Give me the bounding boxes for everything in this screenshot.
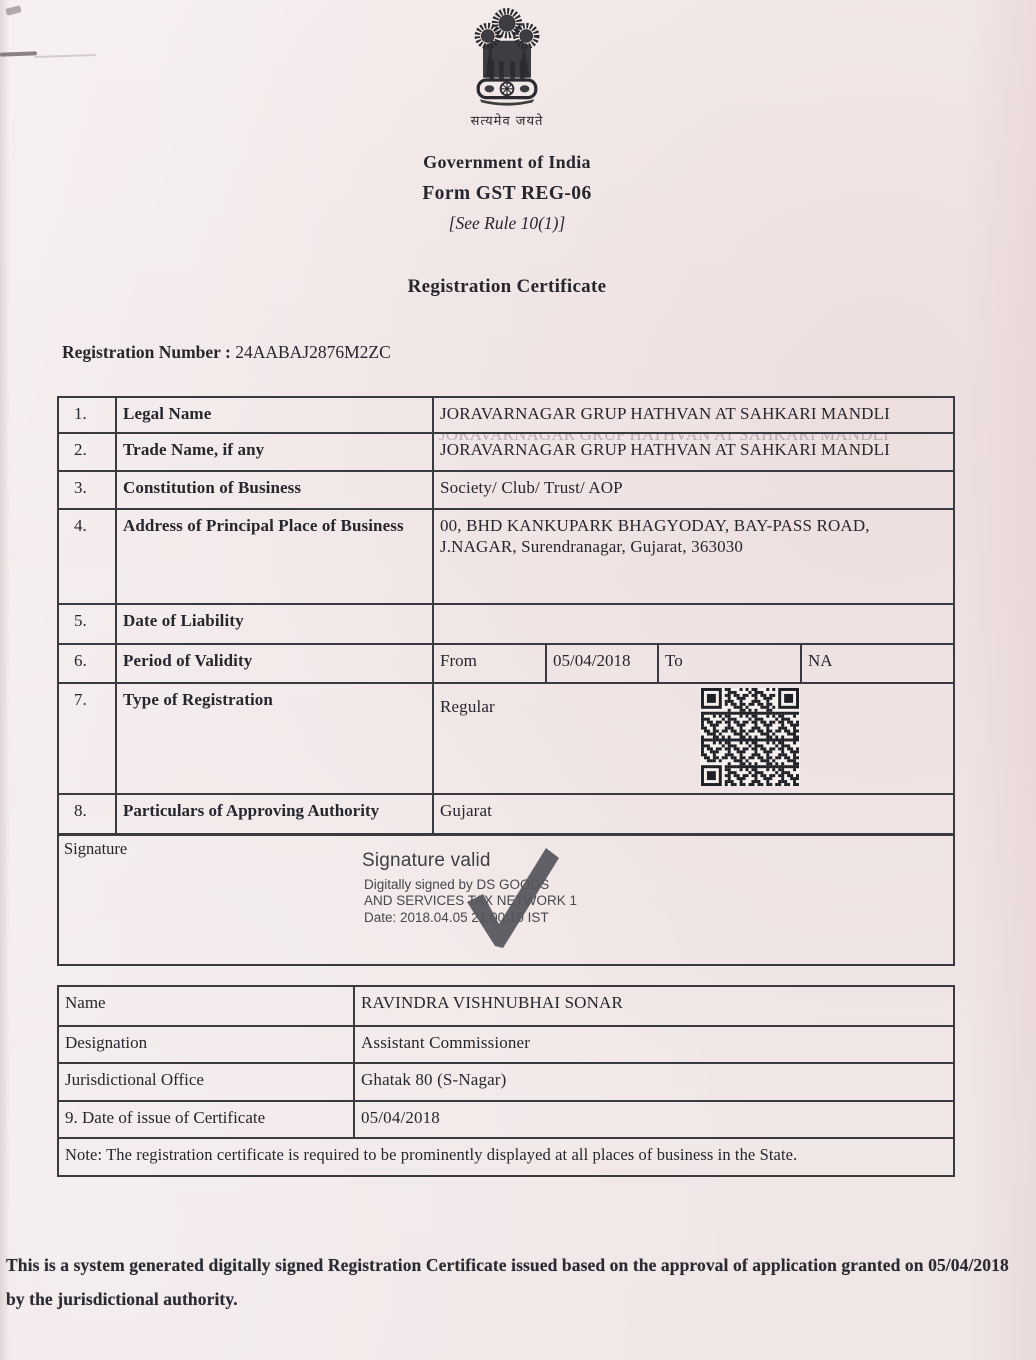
table-row-constitution: 3. Constitution of Business Society/ Clu…	[59, 470, 953, 508]
registration-number-label: Registration Number :	[62, 342, 231, 362]
officer-row-jurisdictional-office: Jurisdictional Office Ghatak 80 (S-Nagar…	[59, 1062, 953, 1100]
table-row-date-of-liability: 5. Date of Liability	[59, 603, 953, 643]
row-label: Period of Validity	[117, 645, 434, 682]
row-number: 7.	[59, 684, 117, 793]
registration-number-value: 24AABAJ2876M2ZC	[235, 342, 391, 362]
row-value: JORAVARNAGAR GRUP HATHVAN AT SAHKARI MAN…	[434, 398, 953, 432]
national-emblem-icon	[459, 4, 555, 108]
signature-checkmark-icon	[449, 844, 564, 954]
government-of-india-heading: Government of India	[0, 152, 1014, 173]
row-label: Type of Registration	[117, 684, 434, 793]
row-label: Address of Principal Place of Business	[117, 510, 434, 603]
document-header: Government of India Form GST REG-06 [See…	[0, 152, 1014, 298]
row-number: 2.	[59, 434, 117, 470]
form-number-heading: Form GST REG-06	[0, 183, 1014, 205]
row-value: Regular	[434, 684, 953, 793]
row-label: Particulars of Approving Authority	[117, 795, 434, 833]
row-value: Ghatak 80 (S-Nagar)	[355, 1064, 953, 1100]
details-table: 1. Legal Name JORAVARNAGAR GRUP HATHVAN …	[57, 396, 955, 835]
row-value: Assistant Commissioner	[355, 1027, 953, 1062]
validity-to-date: NA	[802, 645, 953, 682]
row-number: 8.	[59, 795, 117, 833]
officer-table: Name RAVINDRA VISHNUBHAI SONAR Designati…	[57, 985, 955, 1177]
row-label: Name	[59, 987, 355, 1025]
row-number: 6.	[59, 645, 117, 682]
rule-reference: [See Rule 10(1)]	[0, 213, 1014, 234]
scanned-certificate-page: सत्यमेव जयते Government of India Form GS…	[0, 0, 1036, 1360]
row-value: 00, BHD KANKUPARK BHAGYODAY, BAY-PASS RO…	[434, 510, 953, 603]
table-row-trade-name: 2. Trade Name, if any JORAVARNAGAR GRUP …	[59, 432, 953, 470]
row-label: Trade Name, if any	[117, 434, 434, 470]
row-label: Designation	[59, 1027, 355, 1062]
row-label: Jurisdictional Office	[59, 1064, 355, 1100]
table-row-type-of-registration: 7. Type of Registration Regular	[59, 682, 953, 793]
table-row-address: 4. Address of Principal Place of Busines…	[59, 508, 953, 603]
row-value: Society/ Club/ Trust/ AOP	[434, 472, 953, 508]
validity-from-date: 05/04/2018	[547, 645, 659, 682]
officer-row-designation: Designation Assistant Commissioner	[59, 1025, 953, 1062]
emblem-motto: सत्यमेव जयते	[0, 111, 1014, 129]
scan-ghost-text: JORAVARNAGAR GRUP HATHVAN AT SAHKARI MAN…	[439, 434, 889, 446]
row-value	[434, 605, 953, 643]
row-number: 3.	[59, 472, 117, 508]
officer-row-date-of-issue: 9. Date of issue of Certificate 05/04/20…	[59, 1100, 953, 1137]
row-number: 5.	[59, 605, 117, 643]
row-number: 1.	[59, 398, 117, 432]
validity-subcells: From 05/04/2018 To NA	[434, 645, 953, 682]
row-label: Legal Name	[117, 398, 434, 432]
row-label: 9. Date of issue of Certificate	[59, 1102, 355, 1137]
footer-statement: This is a system generated digitally sig…	[6, 1248, 1028, 1316]
row-value: JORAVARNAGAR GRUP HATHVAN AT SAHKARI MAN…	[434, 434, 953, 470]
signature-box: Signature Signature valid Digitally sign…	[57, 834, 955, 966]
validity-from-label: From	[434, 645, 547, 682]
row-number: 4.	[59, 510, 117, 603]
note-text: Note: The registration certificate is re…	[59, 1139, 953, 1175]
registration-number-line: Registration Number : 24AABAJ2876M2ZC	[62, 342, 391, 363]
row-value: RAVINDRA VISHNUBHAI SONAR	[355, 987, 953, 1025]
qr-code	[700, 688, 800, 786]
row-value: 05/04/2018	[355, 1102, 953, 1137]
validity-to-label: To	[659, 645, 802, 682]
table-row-period-of-validity: 6. Period of Validity From 05/04/2018 To…	[59, 643, 953, 682]
table-row-legal-name: 1. Legal Name JORAVARNAGAR GRUP HATHVAN …	[59, 398, 953, 432]
note-row: Note: The registration certificate is re…	[59, 1137, 953, 1175]
certificate-title: Registration Certificate	[0, 276, 1014, 298]
officer-row-name: Name RAVINDRA VISHNUBHAI SONAR	[59, 987, 953, 1025]
signature-label: Signature	[64, 839, 127, 859]
row-label: Date of Liability	[117, 605, 434, 643]
row-label: Constitution of Business	[117, 472, 434, 508]
emblem-block: सत्यमेव जयते	[0, 4, 1014, 129]
row-value: Gujarat	[434, 795, 953, 833]
table-row-approving-authority: 8. Particulars of Approving Authority Gu…	[59, 793, 953, 833]
